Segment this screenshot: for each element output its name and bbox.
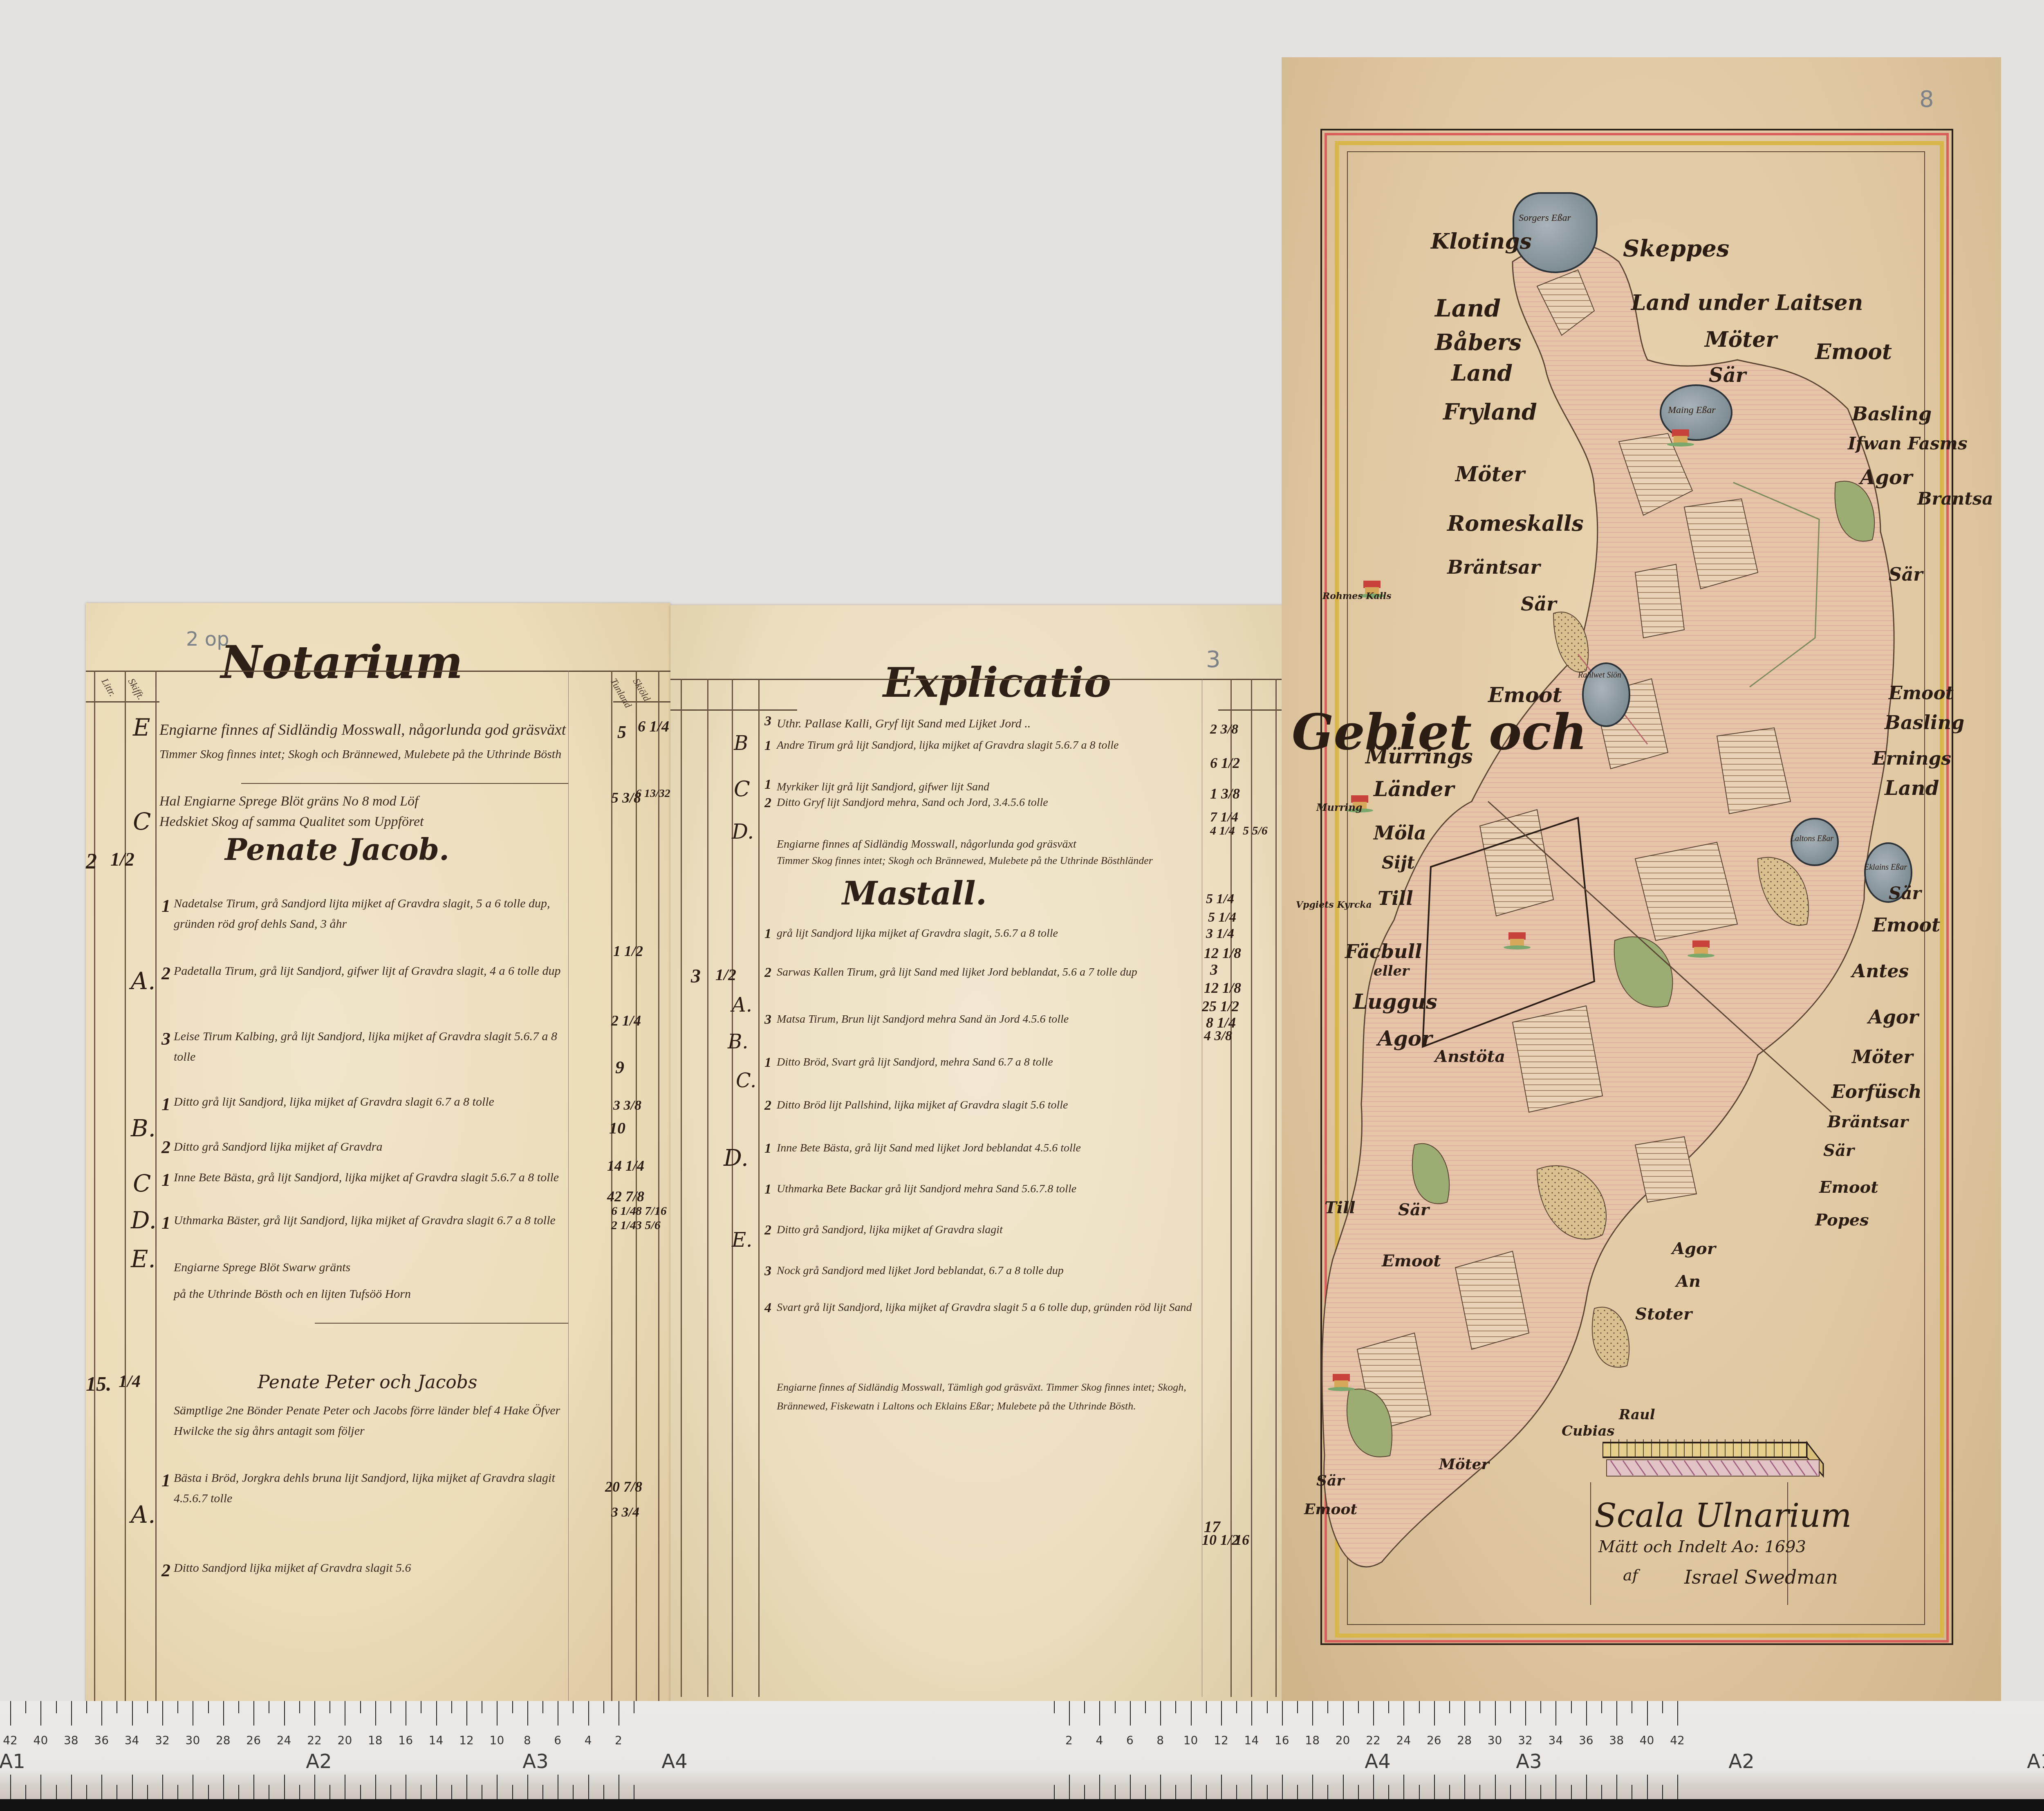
ruler-number: 8	[524, 1734, 531, 1747]
ruler-tick	[1662, 1785, 1663, 1799]
ruler-number: 24	[277, 1734, 291, 1747]
ruler-tick	[1206, 1785, 1207, 1799]
ruler-tick	[1403, 1701, 1404, 1726]
place-label: Sijt	[1382, 853, 1415, 873]
scan-bed-edge	[0, 1799, 2044, 1811]
ruler-tick	[1327, 1701, 1328, 1713]
ruler-tick	[86, 1785, 87, 1799]
place-label: Bräntsar	[1447, 556, 1540, 578]
ruler-tick	[1282, 1701, 1283, 1726]
ruler-tick	[132, 1701, 133, 1726]
ruler-tick	[10, 1701, 11, 1726]
place-label: Emoot	[1889, 683, 1954, 704]
ruler-number: 32	[1518, 1734, 1533, 1747]
place-label: Sär	[1823, 1141, 1854, 1160]
place-label: Agor	[1672, 1239, 1716, 1258]
ruler-tick	[10, 1775, 11, 1799]
ruler-tick	[56, 1701, 57, 1713]
ruler-tick	[1677, 1775, 1678, 1799]
place-label: Fryland	[1443, 399, 1537, 425]
place-label: Agor	[1868, 1006, 1918, 1028]
church-icon	[1508, 932, 1526, 946]
ruler-tick	[390, 1701, 391, 1713]
ruler-tick	[1419, 1701, 1420, 1713]
ruler-tick	[1267, 1785, 1268, 1799]
ruler-tick	[1479, 1785, 1480, 1799]
ruler-number: 8	[1156, 1734, 1164, 1747]
ruler-tick	[1084, 1785, 1085, 1799]
ruler-number: 14	[429, 1734, 444, 1747]
ruler-tick	[466, 1775, 467, 1799]
place-label: Emoot	[1872, 914, 1940, 936]
place-label: Eorfüsch	[1831, 1082, 1922, 1102]
place-label: Rohmes Kalls	[1322, 591, 1392, 601]
ruler-tick	[1601, 1701, 1602, 1713]
ruler-number: 30	[1488, 1734, 1502, 1747]
church-icon	[1692, 940, 1710, 954]
ruler-number: 14	[1244, 1734, 1259, 1747]
ruler-tick	[573, 1701, 574, 1713]
paper-size-marker: A4	[661, 1750, 687, 1773]
ruler-number: 10	[1183, 1734, 1198, 1747]
ruler-tick	[619, 1775, 619, 1799]
ruler-number: 26	[1427, 1734, 1441, 1747]
ruler-tick	[177, 1785, 178, 1799]
ruler-tick	[101, 1701, 102, 1726]
ruler-tick	[436, 1775, 437, 1799]
ruler-tick	[1099, 1701, 1100, 1726]
place-label: eller	[1374, 963, 1409, 979]
ruler-tick	[1449, 1785, 1450, 1799]
ruler-tick	[1403, 1775, 1404, 1799]
ruler-tick	[1540, 1785, 1541, 1799]
ruler-tick	[1616, 1775, 1617, 1799]
paper-size-marker: A4	[1365, 1750, 1390, 1773]
paper-size-marker: A3	[522, 1750, 548, 1773]
place-label: Antes	[1852, 961, 1909, 982]
ruler-tick	[573, 1785, 574, 1799]
ruler-tick	[1191, 1701, 1192, 1726]
ruler-number: 6	[554, 1734, 561, 1747]
ruler-tick	[162, 1775, 163, 1799]
ruler-tick	[345, 1701, 345, 1726]
ruler-tick	[360, 1785, 361, 1799]
ruler-number: 42	[1670, 1734, 1685, 1747]
ruler-number: 36	[1579, 1734, 1594, 1747]
ruler-number: 18	[368, 1734, 383, 1747]
ruler-tick	[40, 1701, 41, 1726]
church-icon	[1333, 1374, 1350, 1388]
ruler-tick	[1175, 1785, 1176, 1799]
ruler-number: 40	[1640, 1734, 1654, 1747]
place-label: Möter	[1439, 1456, 1489, 1473]
ruler-tick	[314, 1701, 315, 1726]
ruler-tick	[314, 1775, 315, 1799]
ruler-number: 34	[125, 1734, 139, 1747]
ruler-tick	[1388, 1785, 1389, 1799]
ruler-tick	[1464, 1701, 1465, 1726]
place-label: Agor	[1378, 1026, 1432, 1050]
ruler-tick	[208, 1701, 209, 1713]
ruler-number: 22	[307, 1734, 322, 1747]
ruler-tick	[1145, 1785, 1146, 1799]
ruler-number: 28	[216, 1734, 231, 1747]
place-label: Möter	[1852, 1047, 1913, 1068]
ruler-number: 30	[186, 1734, 200, 1747]
ruler-tick	[1175, 1701, 1176, 1713]
ruler-tick	[497, 1775, 498, 1799]
lake-label: Maing Eßar	[1668, 405, 1716, 416]
ruler-tick	[329, 1701, 330, 1713]
ruler-tick	[253, 1701, 254, 1726]
place-label: Luggus	[1353, 990, 1437, 1014]
ruler-number: 34	[1549, 1734, 1563, 1747]
ruler-tick	[406, 1775, 406, 1799]
place-label: Emoot	[1304, 1501, 1357, 1518]
ruler-tick	[1677, 1701, 1678, 1726]
ruler-tick	[132, 1775, 133, 1799]
ruler-tick	[1525, 1775, 1526, 1799]
ruler-tick	[1647, 1701, 1648, 1726]
ruler-tick	[1632, 1701, 1632, 1713]
ruler-tick	[1373, 1775, 1374, 1799]
ruler-tick	[542, 1701, 543, 1713]
ruler-tick	[1297, 1785, 1298, 1799]
ruler-number: 26	[246, 1734, 261, 1747]
ruler-tick	[1251, 1775, 1252, 1799]
place-label: Till	[1378, 887, 1413, 909]
ruler-number: 24	[1396, 1734, 1411, 1747]
lake-label: Laltons Eßar	[1791, 834, 1833, 844]
ruler-tick	[421, 1785, 421, 1799]
place-label: Sär	[1521, 593, 1556, 615]
place-label: Sär	[1316, 1472, 1344, 1489]
ruler-number: 38	[64, 1734, 78, 1747]
place-label: Emoot	[1819, 1178, 1878, 1197]
paper-size-marker: A1	[2027, 1750, 2044, 1773]
place-label: Sär	[1398, 1200, 1429, 1219]
ruler-tick	[634, 1785, 634, 1799]
ruler-number: 16	[1275, 1734, 1289, 1747]
ruler-number: 36	[94, 1734, 109, 1747]
place-label: Mürrings	[1365, 744, 1473, 768]
place-label: Land	[1435, 294, 1501, 322]
ruler-tick	[1312, 1775, 1313, 1799]
ruler-tick	[1343, 1775, 1344, 1799]
ruler-tick	[1130, 1775, 1131, 1799]
ruler-tick	[193, 1775, 193, 1799]
place-label: Sär	[1889, 564, 1923, 585]
ruler-tick	[299, 1701, 300, 1713]
ruler-tick	[451, 1701, 452, 1713]
ruler-tick	[284, 1775, 285, 1799]
ruler-tick	[1647, 1775, 1648, 1799]
ruler-tick	[238, 1701, 239, 1713]
scale-subtitle: Mätt och Indelt Ao: 1693	[1598, 1537, 1806, 1556]
place-label: Sär	[1889, 883, 1921, 903]
ruler-tick	[1479, 1701, 1480, 1713]
ruler-number: 20	[1336, 1734, 1350, 1747]
ruler-tick	[1601, 1785, 1602, 1799]
ruler-number: 40	[34, 1734, 48, 1747]
paper-size-marker: A3	[1516, 1750, 1542, 1773]
ruler-tick	[512, 1701, 513, 1713]
place-label: Skeppes	[1623, 235, 1729, 262]
place-label: Popes	[1815, 1210, 1869, 1230]
ruler-tick	[71, 1701, 72, 1726]
ruler-tick	[1115, 1701, 1116, 1713]
ruler-number: 2	[1065, 1734, 1073, 1747]
ruler-tick	[1495, 1775, 1496, 1799]
place-label: Möla	[1374, 822, 1426, 844]
lake-label: Rahlwet Siön	[1578, 671, 1621, 680]
ruler-tick	[269, 1701, 269, 1713]
ruler-tick	[1540, 1701, 1541, 1713]
lake-label: Sorgers Eßar	[1519, 213, 1571, 224]
place-label: Land under Laitsen	[1631, 290, 1863, 315]
place-label: Emoot	[1488, 683, 1562, 707]
ruler-tick	[1419, 1785, 1420, 1799]
ruler-tick	[299, 1785, 300, 1799]
ruler-tick	[1084, 1701, 1085, 1713]
ruler-tick	[1510, 1701, 1511, 1713]
ruler-tick	[1632, 1785, 1632, 1799]
ruler-tick	[1206, 1701, 1207, 1713]
lake-label: Eklains Eßar	[1864, 863, 1907, 872]
place-label: An	[1676, 1272, 1701, 1291]
paper-size-marker: A1	[0, 1750, 25, 1773]
ruler-tick	[1267, 1701, 1268, 1713]
ruler-tick	[329, 1785, 330, 1799]
ruler-tick	[588, 1701, 589, 1726]
ruler-tick	[1054, 1701, 1055, 1713]
paper-size-marker: A2	[306, 1750, 332, 1773]
ruler-tick	[512, 1785, 513, 1799]
ruler-tick	[1555, 1775, 1556, 1799]
place-label: Anstöta	[1435, 1047, 1505, 1066]
scale-title: Scala Ulnarium	[1594, 1497, 1851, 1535]
ruler-tick	[345, 1775, 345, 1799]
ruler-tick	[177, 1701, 178, 1713]
ruler-tick	[56, 1785, 57, 1799]
ruler-tick	[558, 1701, 558, 1726]
ruler-tick	[208, 1785, 209, 1799]
ruler-tick	[527, 1775, 528, 1799]
author-prefix: af	[1623, 1566, 1638, 1584]
place-label: Ernings	[1872, 748, 1951, 769]
ruler-tick	[1312, 1701, 1313, 1726]
ruler-tick	[1145, 1701, 1146, 1713]
ruler-tick	[1586, 1701, 1587, 1726]
ruler-tick	[619, 1701, 619, 1726]
ruler-tick	[1510, 1785, 1511, 1799]
ruler-tick	[162, 1701, 163, 1726]
ruler-tick	[1586, 1775, 1587, 1799]
ruler-number: 12	[1214, 1734, 1228, 1747]
ruler-tick	[421, 1701, 421, 1713]
ruler-tick	[1373, 1701, 1374, 1726]
ruler-number: 18	[1305, 1734, 1320, 1747]
ruler-number: 4	[585, 1734, 592, 1747]
place-label: Fäcbull	[1345, 940, 1422, 963]
ruler-tick	[269, 1785, 269, 1799]
place-label: Basling	[1885, 711, 1964, 734]
ruler-number: 28	[1457, 1734, 1472, 1747]
ruler-tick	[1555, 1701, 1556, 1726]
ruler-tick	[482, 1701, 482, 1713]
place-label: Möter	[1705, 327, 1777, 352]
ruler-tick	[40, 1775, 41, 1799]
ruler-tick	[1160, 1775, 1161, 1799]
ruler-tick	[1358, 1785, 1359, 1799]
ruler-tick	[1251, 1701, 1252, 1726]
ruler-tick	[603, 1701, 604, 1713]
ruler-tick	[1434, 1775, 1435, 1799]
ruler-number: 16	[398, 1734, 413, 1747]
ruler-tick	[1358, 1701, 1359, 1713]
ruler-tick	[1282, 1775, 1283, 1799]
ruler-tick	[542, 1785, 543, 1799]
ruler-tick	[1388, 1701, 1389, 1713]
ruler-tick	[238, 1785, 239, 1799]
place-label: Romeskalls	[1447, 511, 1584, 536]
ruler-tick	[147, 1701, 148, 1713]
place-label: Cubias	[1562, 1423, 1615, 1439]
church-icon	[1672, 429, 1689, 443]
ruler-tick	[451, 1785, 452, 1799]
ruler-tick	[558, 1775, 558, 1799]
ruler-tick	[223, 1701, 224, 1726]
ruler-tick	[1464, 1775, 1465, 1799]
ruler-tick	[253, 1775, 254, 1799]
ruler-tick	[375, 1701, 376, 1726]
ruler-tick	[284, 1701, 285, 1726]
ruler-tick	[375, 1775, 376, 1799]
ruler-tick	[1495, 1701, 1496, 1726]
ruler-tick	[25, 1785, 26, 1799]
ruler-number: 22	[1366, 1734, 1381, 1747]
author-signature: Israel Swedman	[1684, 1566, 1838, 1588]
place-label: Basling	[1852, 403, 1932, 425]
ruler-tick	[1191, 1775, 1192, 1799]
ruler-number: 20	[338, 1734, 352, 1747]
ruler-tick	[1236, 1701, 1237, 1713]
place-label: Länder	[1374, 777, 1454, 801]
ruler-tick	[25, 1701, 26, 1713]
ruler-tick	[1236, 1785, 1237, 1799]
ruler-tick	[71, 1775, 72, 1799]
place-label: Klotings	[1431, 229, 1532, 254]
place-label: Agor	[1860, 466, 1912, 489]
place-label: Ifwan Fasms	[1848, 433, 1968, 453]
ruler-tick	[147, 1785, 148, 1799]
ruler-tick	[117, 1785, 117, 1799]
ruler-tick	[588, 1775, 589, 1799]
ruler-tick	[223, 1775, 224, 1799]
scale-bar	[1602, 1439, 1831, 1488]
place-label: Bräntsar	[1827, 1112, 1908, 1131]
ruler-tick	[1525, 1701, 1526, 1726]
ruler-tick	[117, 1701, 117, 1713]
ruler-number: 42	[3, 1734, 18, 1747]
place-label: Sär	[1709, 364, 1746, 387]
ruler-tick	[1571, 1701, 1572, 1713]
ruler-tick	[1069, 1775, 1070, 1799]
ruler-number: 38	[1609, 1734, 1624, 1747]
ruler-tick	[1449, 1701, 1450, 1713]
place-label: Båbers	[1435, 329, 1522, 355]
place-label: Stoter	[1635, 1304, 1692, 1324]
ruler-tick	[497, 1701, 498, 1726]
ruler-number: 32	[155, 1734, 170, 1747]
ruler-tick	[86, 1701, 87, 1713]
ruler-tick	[1327, 1785, 1328, 1799]
ruler-tick	[1069, 1701, 1070, 1726]
place-label: Land	[1885, 777, 1939, 800]
ruler-tick	[1130, 1701, 1131, 1726]
ruler-tick	[634, 1701, 634, 1713]
ruler-tick	[466, 1701, 467, 1726]
ruler-tick	[482, 1785, 482, 1799]
ruler-tick	[1099, 1775, 1100, 1799]
place-label: Raul	[1619, 1407, 1655, 1423]
place-label: Till	[1325, 1198, 1355, 1217]
ruler-number: 2	[615, 1734, 622, 1747]
ruler-tick	[101, 1775, 102, 1799]
ruler-tick	[1221, 1775, 1222, 1799]
place-label: Murring	[1316, 801, 1363, 813]
ruler-tick	[1571, 1785, 1572, 1799]
measuring-ruler: 4240383634323028262422201816141210864224…	[0, 1701, 2044, 1799]
ruler-tick	[1115, 1785, 1116, 1799]
place-label: Emoot	[1382, 1251, 1441, 1270]
place-label: Vpgiets Kyrcka	[1296, 900, 1372, 910]
ruler-number: 4	[1096, 1734, 1103, 1747]
ruler-tick	[1160, 1701, 1161, 1726]
ruler-tick	[406, 1701, 406, 1726]
ruler-number: 6	[1126, 1734, 1134, 1747]
ruler-tick	[1616, 1701, 1617, 1726]
place-label: Möter	[1455, 462, 1525, 486]
ruler-tick	[193, 1701, 193, 1726]
ruler-tick	[1434, 1701, 1435, 1726]
ruler-number: 10	[490, 1734, 504, 1747]
ruler-tick	[1662, 1701, 1663, 1713]
ruler-tick	[1221, 1701, 1222, 1726]
ruler-tick	[436, 1701, 437, 1726]
ruler-tick	[1297, 1701, 1298, 1713]
ruler-tick	[1054, 1785, 1055, 1799]
ruler-tick	[1343, 1701, 1344, 1726]
place-label: Emoot	[1815, 339, 1892, 364]
ruler-number: 12	[459, 1734, 474, 1747]
ruler-tick	[360, 1701, 361, 1713]
ruler-tick	[603, 1785, 604, 1799]
ruler-tick	[527, 1701, 528, 1726]
paper-size-marker: A2	[1728, 1750, 1754, 1773]
place-label: Land	[1451, 360, 1513, 386]
ruler-tick	[390, 1785, 391, 1799]
place-label: Brantsa	[1917, 489, 1993, 509]
